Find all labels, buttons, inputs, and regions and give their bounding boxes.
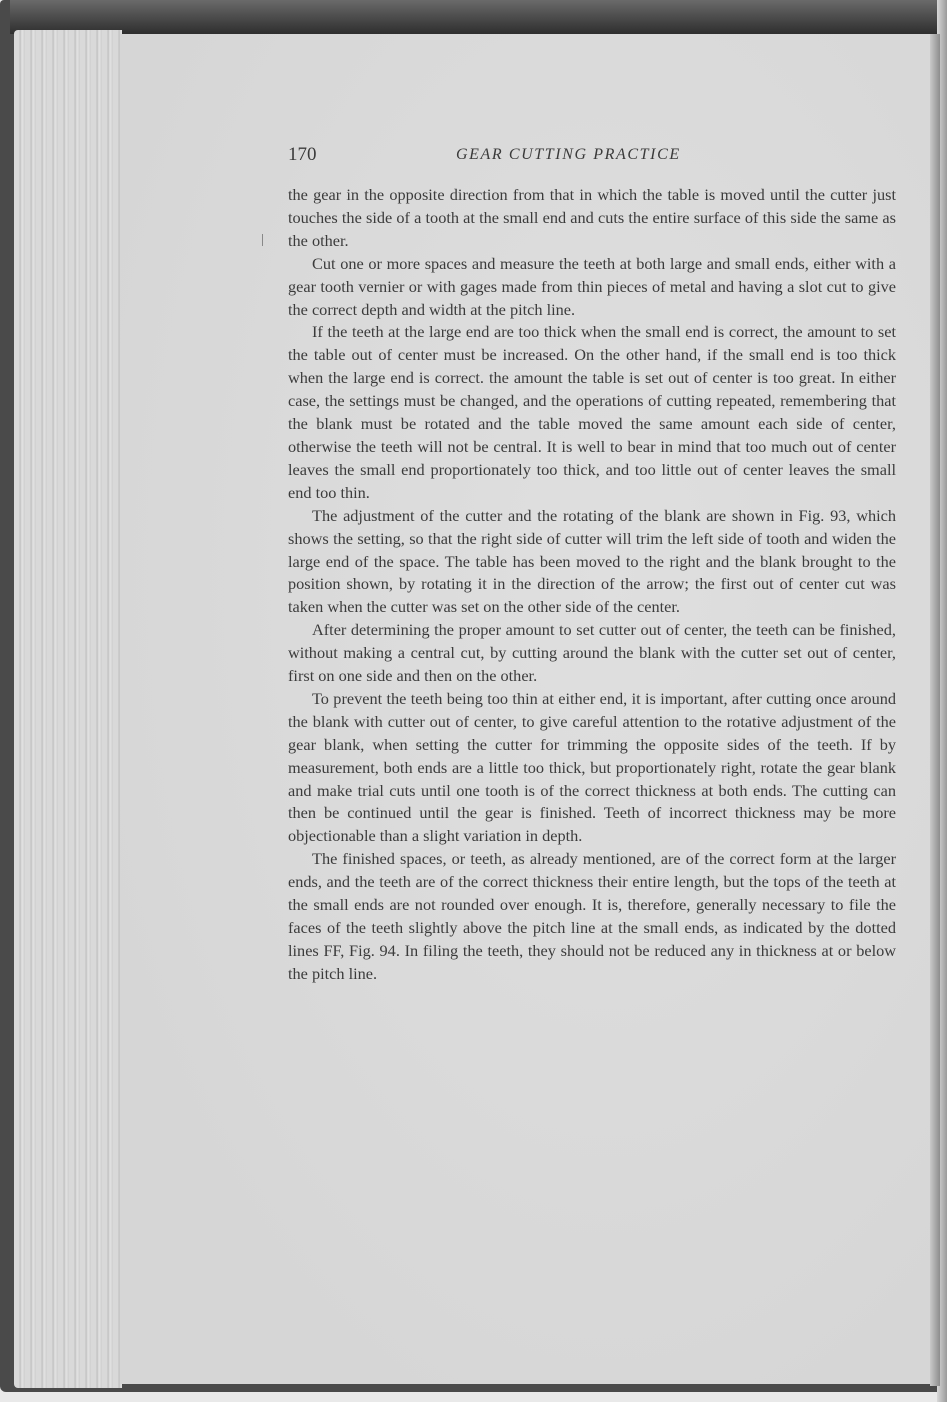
paragraph: If the teeth at the large end are too th… [288,321,896,504]
paragraph: After determining the proper amount to s… [288,619,896,688]
page-header: 170 GEAR CUTTING PRACTICE [288,144,898,168]
book-cover-top-edge [10,0,947,34]
paragraph: To prevent the teeth being too thin at e… [288,688,896,848]
margin-mark [262,234,263,246]
paragraph: Cut one or more spaces and measure the t… [288,253,896,322]
paragraph: The adjustment of the cutter and the rot… [288,505,896,620]
paragraph: The finished spaces, or teeth, as alread… [288,848,896,985]
page-right-shadow [930,34,940,1386]
running-title: GEAR CUTTING PRACTICE [456,146,681,164]
paragraph: the gear in the opposite direction from … [288,184,896,253]
body-text: the gear in the opposite direction from … [288,184,896,986]
page-stack-edges [14,30,122,1388]
page-number: 170 [288,144,317,166]
